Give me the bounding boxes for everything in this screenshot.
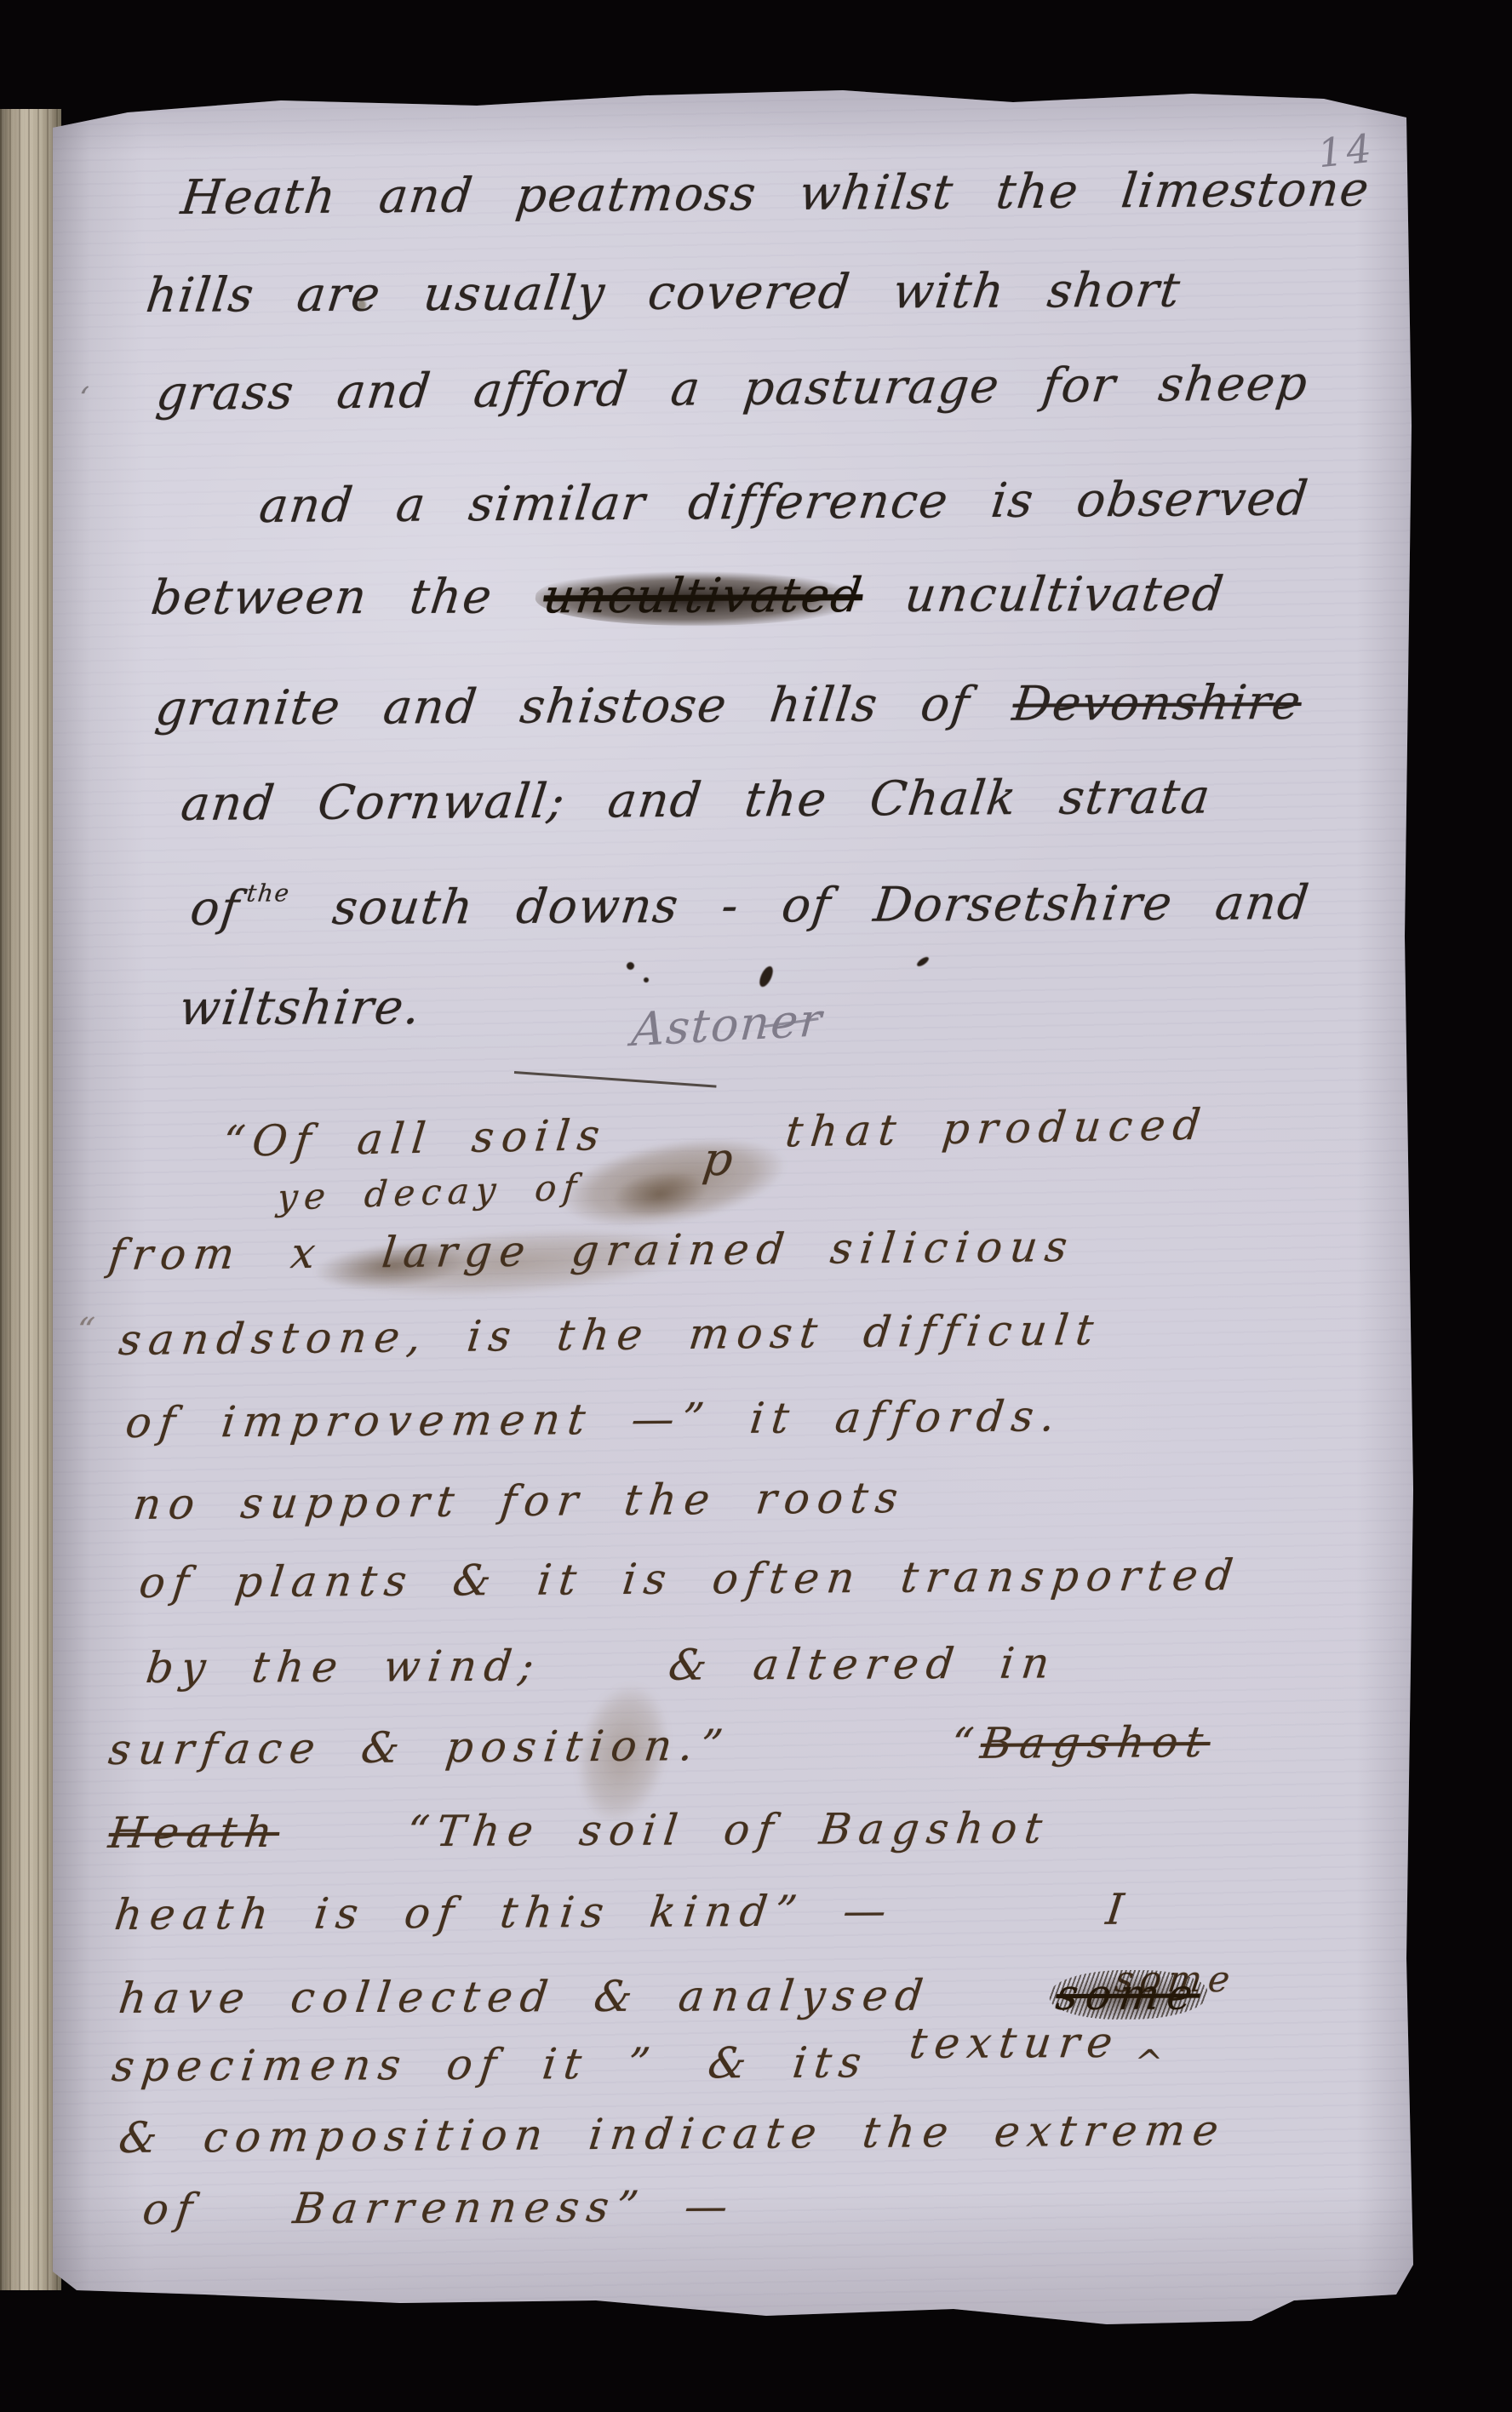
manuscript-page [49,89,1425,2324]
page-number: 14 [1315,125,1377,177]
book-spine-edge [0,109,61,2290]
manuscript-photo: Heath and peatmoss whilst the limestoneh… [0,0,1512,2412]
